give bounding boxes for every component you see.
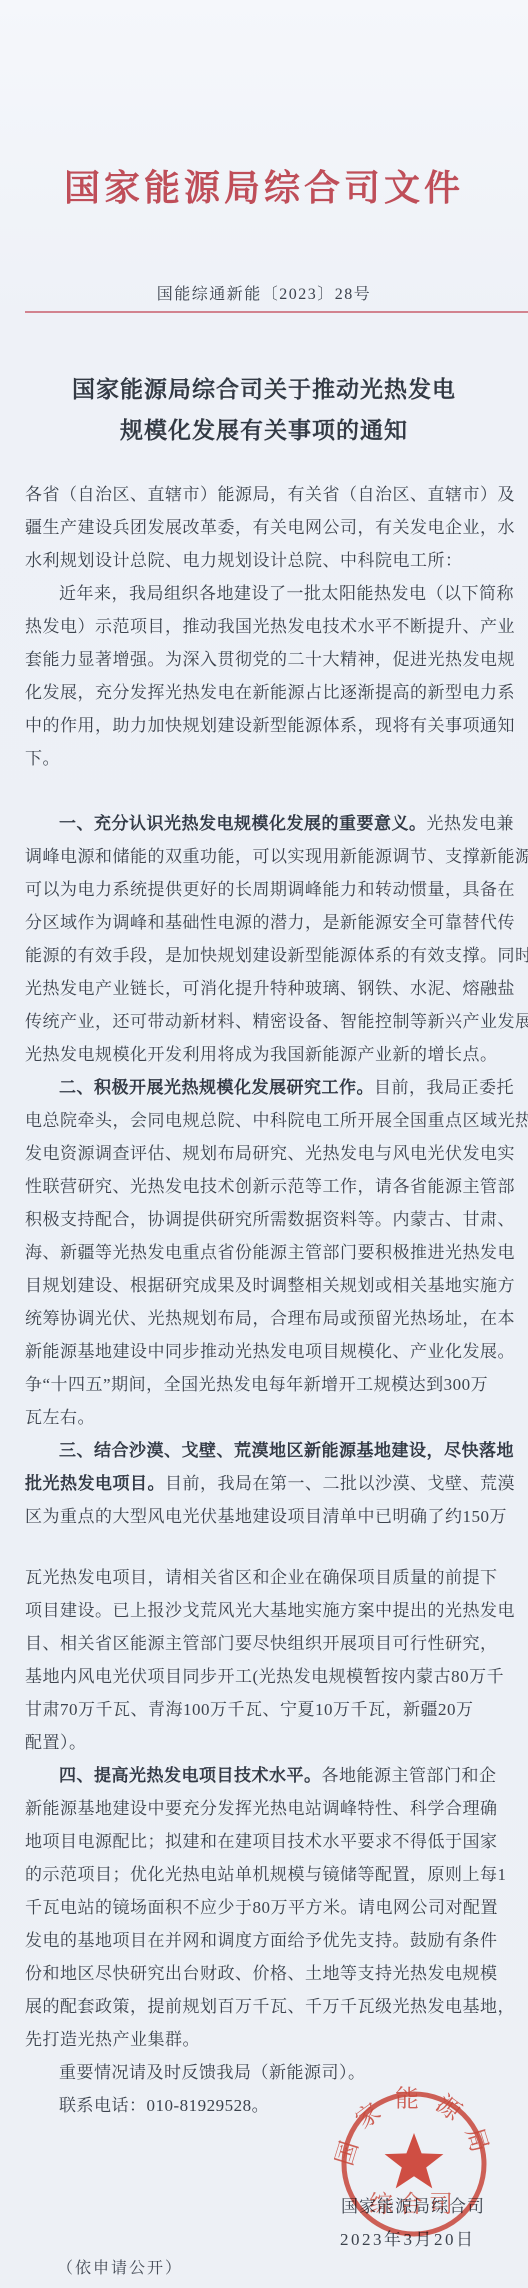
body-line: 区为重点的大型风电光伏基地建设项目清单中已明确了约150万: [25, 1500, 528, 1533]
body-line: 发电的基地项目在并网和调度方面给予优先支持。鼓励有条件: [25, 1924, 528, 1957]
body-line: 重要情况请及时反馈我局（新能源司）。: [25, 2056, 528, 2089]
body-line: 性联营研究、光热发电技术创新示范等工作，请各省能源主管部: [25, 1170, 528, 1203]
body-line: 海、新疆等光热发电重点省份能源主管部门要积极推进光热发电: [25, 1236, 528, 1269]
body-line: 四、提高光热发电项目技术水平。各地能源主管部门和企: [25, 1759, 528, 1792]
body-line: 目、相关省区能源主管部门要尽快组织开展项目可行性研究，: [25, 1627, 528, 1660]
seal-inner-text: 综合司: [369, 2191, 459, 2218]
official-seal: 国家能源局 综合司: [334, 2086, 494, 2246]
body-line: 份和地区尽快研究出台财政、价格、土地等支持光热发电规模: [25, 1957, 528, 1990]
body-line: 目规划建设、根据研究成果及时调整相关规划或相关基地实施方: [25, 1269, 528, 1302]
body-line: 新能源基地建设中同步推动光热发电项目规模化、产业化发展。: [25, 1335, 528, 1368]
body-line: 光热发电产业链长，可消化提升特种玻璃、钢铁、水泥、熔融盐: [25, 972, 528, 1005]
body-line: 积极支持配合，协调提供研究所需数据资料等。内蒙古、甘肃、: [25, 1203, 528, 1236]
body-line: 套能力显著增强。为深入贯彻党的二十大精神，促进光热发电规: [25, 643, 528, 676]
body-line: 三、结合沙漠、戈壁、荒漠地区新能源基地建设，尽快落地: [25, 1434, 528, 1467]
body-line: 调峰电源和储能的双重功能，可以实现用新能源调节、支撑新能源: [25, 840, 528, 873]
body-line: 地项目电源配比；拟建和在建项目技术水平要求不得低于国家: [25, 1825, 528, 1858]
body-line: 配置）。: [25, 1726, 528, 1759]
body-line: 疆生产建设兵团发展改革委，有关电网公司，有关发电企业，水: [25, 511, 528, 544]
notice-title-line1: 国家能源局综合司关于推动光热发电: [0, 369, 528, 410]
body-line: 展的配套政策，提前规划百万千瓦、千万千瓦级光热发电基地，: [25, 1990, 528, 2023]
body-line: 热发电）示范项目，推动我国光热发电技术水平不断提升、产业: [25, 610, 528, 643]
body-line: 二、积极开展光热规模化发展研究工作。目前，我局正委托: [25, 1071, 528, 1104]
body-line: 化发展，充分发挥光热发电在新能源占比逐渐提高的新型电力系: [25, 676, 528, 709]
body-line: 千瓦电站的镜场面积不应少于80万平方米。请电网公司对配置: [25, 1891, 528, 1924]
body-line: 中的作用，助力加快规划建设新型能源体系，现将有关事项通知: [25, 709, 528, 742]
body-line: 项目建设。已上报沙戈荒风光大基地实施方案中提出的光热发电: [25, 1594, 528, 1627]
body-line: 的示范项目；优化光热电站单机规模与镜储等配置，原则上每1: [25, 1858, 528, 1891]
body-line: 瓦光热发电项目，请相关省区和企业在确保项目质量的前提下: [25, 1561, 528, 1594]
footer-disclosure-note: （依申请公开）: [57, 2255, 183, 2278]
red-divider-rule: [25, 311, 528, 313]
document-body: 各省（自治区、直辖市）能源局，有关省（自治区、直辖市）及疆生产建设兵团发展改革委…: [25, 478, 528, 2122]
body-line: 争“十四五”期间，全国光热发电每年新增开工规模达到300万: [25, 1368, 528, 1401]
body-line: 新能源基地建设中要充分发挥光热电站调峰特性、科学合理确: [25, 1792, 528, 1825]
document-number: 国能综通新能〔2023〕28号: [0, 281, 528, 304]
body-line: 传统产业，还可带动新材料、精密设备、智能控制等新兴产业发展: [25, 1005, 528, 1038]
body-line: 瓦左右。: [25, 1401, 528, 1434]
document-header-title: 国家能源局综合司文件: [0, 160, 528, 211]
body-line: 近年来，我局组织各地建设了一批太阳能热发电（以下简称: [25, 577, 528, 610]
body-line: 发电资源调查评估、规划布局研究、光热发电与风电光伏发电实: [25, 1137, 528, 1170]
body-line: 甘肃70万千瓦、青海100万千瓦、宁夏10万千瓦，新疆20万: [25, 1693, 528, 1726]
notice-title-line2: 规模化发展有关事项的通知: [0, 410, 528, 451]
red-star-icon: [385, 2133, 444, 2188]
body-line: 批光热发电项目。目前，我局在第一、二批以沙漠、戈壁、荒漠: [25, 1467, 528, 1500]
body-line: 分区域作为调峰和基础性电源的潜力，是新能源安全可靠替代传: [25, 906, 528, 939]
body-line: 可以为电力系统提供更好的长周期调峰能力和转动惯量，具备在: [25, 873, 528, 906]
body-line: 下。: [25, 742, 528, 775]
body-line: 基地内风电光伏项目同步开工(光热发电规模暂按内蒙古80万千: [25, 1660, 528, 1693]
body-line: 水利规划设计总院、电力规划设计总院、中科院电工所：: [25, 544, 528, 577]
body-line: 一、充分认识光热发电规模化发展的重要意义。光热发电兼: [25, 807, 528, 840]
document-page: 国家能源局综合司文件 国能综通新能〔2023〕28号 国家能源局综合司关于推动光…: [0, 0, 528, 2288]
body-line: 光热发电规模化开发利用将成为我国新能源产业新的增长点。: [25, 1038, 528, 1071]
body-line: 统筹协调光伏、光热规划布局，合理布局或预留光热场址，在本: [25, 1302, 528, 1335]
body-line: 电总院牵头，会同电规总院、中科院电工所开展全国重点区域光热: [25, 1104, 528, 1137]
body-line: 能源的有效手段，是加快规划建设新型能源体系的有效支撑。同时: [25, 939, 528, 972]
body-line: 先打造光热产业集群。: [25, 2023, 528, 2056]
body-line: 各省（自治区、直辖市）能源局，有关省（自治区、直辖市）及: [25, 478, 528, 511]
